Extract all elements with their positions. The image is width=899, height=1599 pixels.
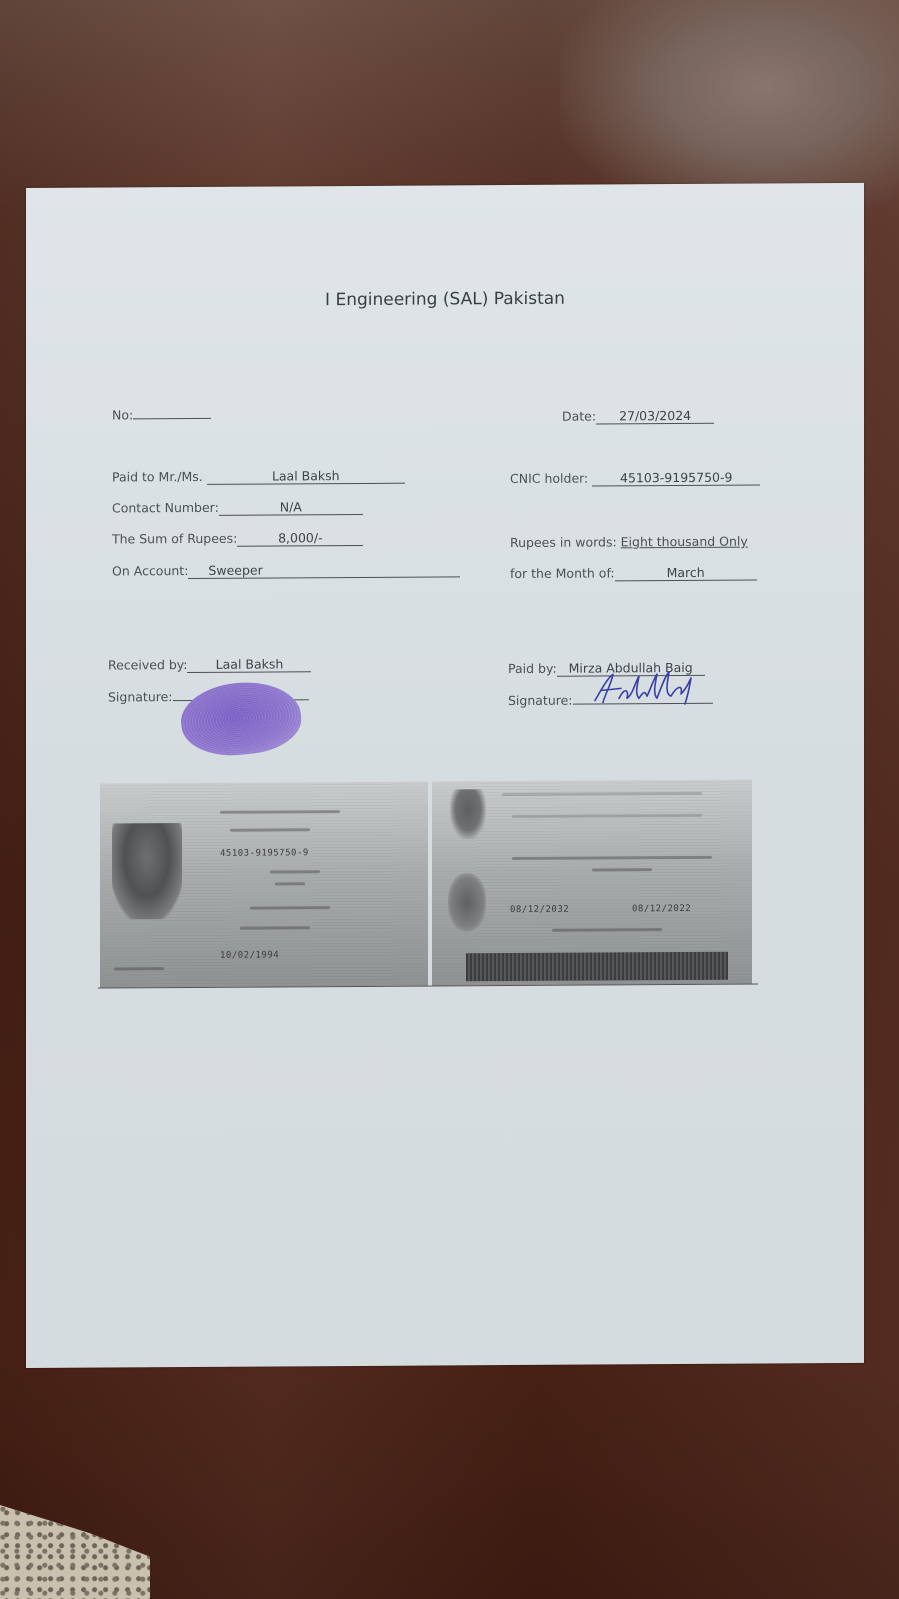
cnic-value: 45103-9195750-9: [592, 471, 760, 487]
card-cnic-number: 45103-9195750-9: [220, 848, 309, 859]
card-expiry-date: 08/12/2032: [510, 905, 569, 915]
month-value: March: [615, 566, 757, 582]
paid-to-field: Paid to Mr./Ms. Laal Baksh: [112, 468, 405, 486]
floor-tile: [0, 1505, 150, 1599]
sum-value: 8,000/-: [237, 531, 363, 547]
company-title: I Engineering (SAL) Pakistan: [26, 287, 864, 312]
receipt-number-field: No:: [112, 407, 211, 423]
rupees-in-words-field: Rupees in words: Eight thousand Only: [510, 534, 748, 550]
cnic-front-copy: 45103-9195750-9 10/02/1994: [100, 782, 428, 988]
date-field: Date:27/03/2024: [562, 408, 714, 425]
on-account-field: On Account:Sweeper: [112, 561, 460, 579]
on-account-value: Sweeper: [188, 562, 460, 579]
payment-receipt: I Engineering (SAL) Pakistan No: Date:27…: [26, 183, 864, 1368]
rupees-in-words-value: Eight thousand Only: [621, 534, 748, 550]
cnic-back-copy: 08/12/2032 08/12/2022: [432, 780, 752, 986]
receipt-number-value: [133, 418, 211, 419]
card-date-of-birth: 10/02/1994: [220, 950, 279, 960]
card-issue-date: 08/12/2022: [632, 904, 691, 914]
paid-to-value: Laal Baksh: [207, 469, 405, 485]
received-by-value: Laal Baksh: [187, 657, 311, 673]
contact-field: Contact Number:N/A: [112, 499, 363, 517]
cardholder-photo-small: [450, 789, 486, 839]
received-by-field: Received by:Laal Baksh: [108, 656, 311, 673]
sum-field: The Sum of Rupees:8,000/-: [112, 530, 363, 548]
card-barcode: [466, 952, 728, 982]
month-field: for the Month of:March: [510, 565, 757, 583]
date-value: 27/03/2024: [596, 409, 714, 425]
cardholder-photo: [112, 823, 182, 919]
contact-value: N/A: [219, 500, 363, 516]
cnic-field: CNIC holder: 45103-9195750-9: [510, 470, 760, 488]
handwritten-signature: [591, 668, 701, 707]
thumb-impression: [448, 873, 486, 931]
